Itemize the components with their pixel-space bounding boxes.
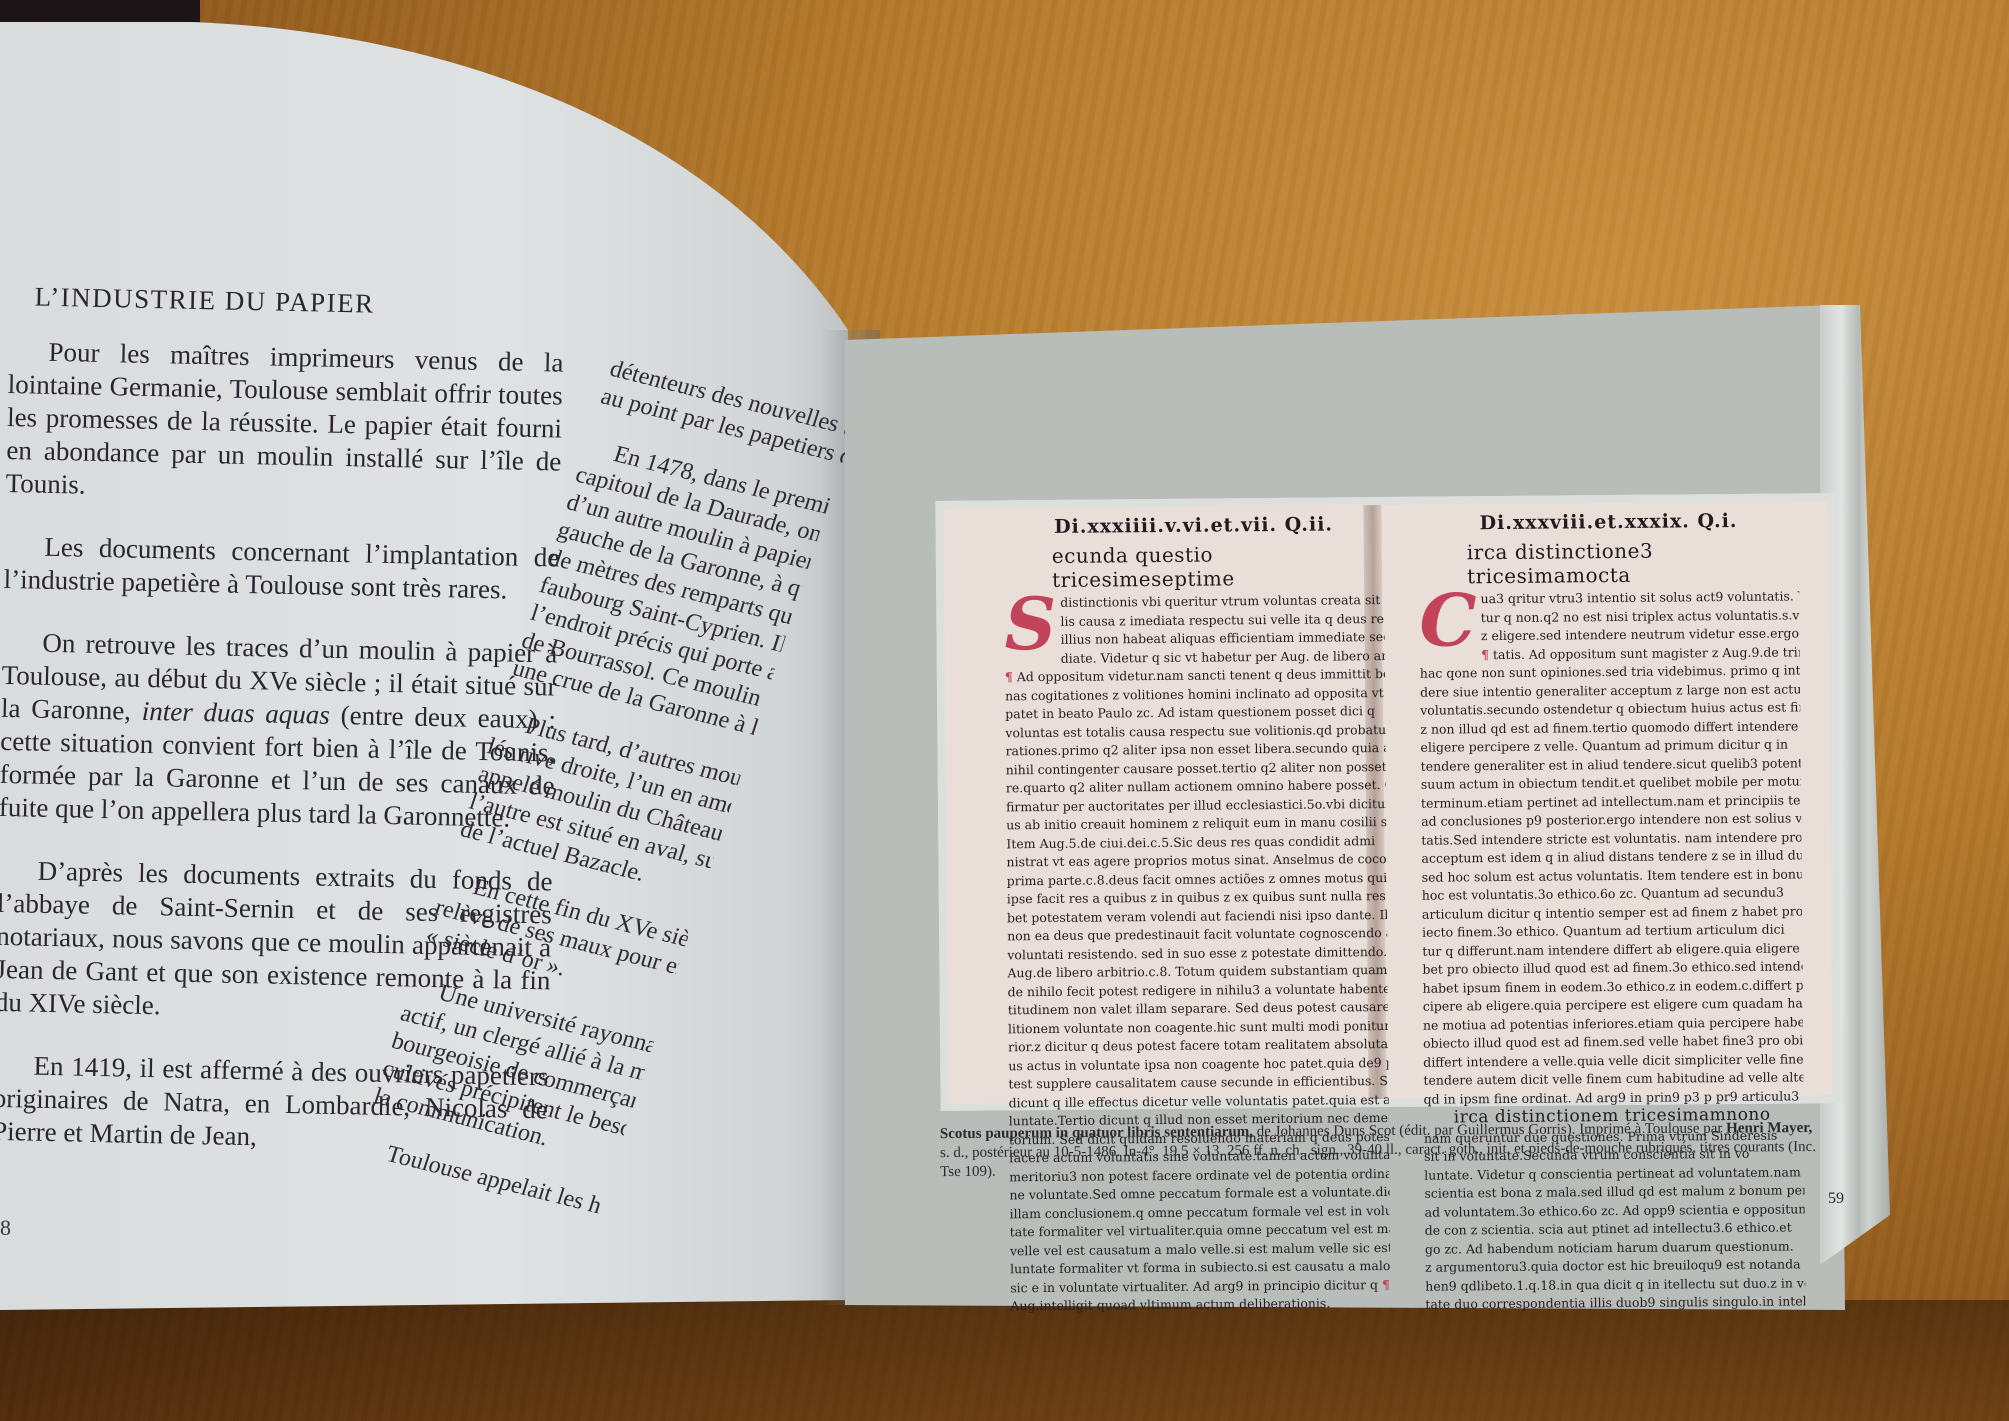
pilcrow-icon: ¶ — [1481, 647, 1489, 662]
manuscript-column-right: Di.xxxviii.et.xxxix. Q.i. irca distincti… — [1418, 509, 1805, 1314]
caption-text: de Johannes Duns Scot (édit. par Guiller… — [1253, 1121, 1726, 1140]
ms-line: tate duo correspondentia illis duob9 sin… — [1425, 1292, 1805, 1314]
paragraph: Plus tard, d’autres moulins seront insta… — [456, 705, 743, 904]
incipit: ecunda questio tricesimeseptime — [1052, 541, 1384, 592]
ms-line: sic e in voluntate virtualiter. Ad arg9 … — [1010, 1275, 1390, 1297]
paragraph: Une université rayonnante, un parlement … — [370, 972, 657, 1171]
page-number-right: 59 — [1828, 1190, 1844, 1208]
paragraph: Pour les maîtres imprimeurs venus de la … — [5, 335, 563, 512]
rubricated-initial: S — [1004, 594, 1057, 654]
rubricated-initial: C — [1419, 590, 1477, 650]
incipit: irca distinctione3 tricesimamocta — [1467, 537, 1799, 588]
incunabulum-reproduction: Di.xxxiiii.v.vi.et.vii. Q.ii. ecunda que… — [935, 493, 1840, 1111]
ms-line-text: Ad oppositum videtur.nam sancti tenent q… — [1017, 666, 1385, 684]
pilcrow-icon: ¶ — [1005, 669, 1013, 684]
manuscript-text: C ua3 qritur vtru3 intentio sit solus ac… — [1419, 587, 1805, 1314]
ms-line-text: tatis. Ad oppositum sunt magister z Aug.… — [1493, 644, 1800, 662]
manuscript-text: S distinctionis vbi queritur vtrum volun… — [1004, 591, 1390, 1316]
caption-title: Scotus pauperum in quatuor libris senten… — [940, 1124, 1253, 1142]
paragraph: Les documents concernant l’implantation … — [3, 530, 559, 608]
ms-line: distinctionis vbi queritur vtrum volunta… — [1060, 591, 1384, 612]
latin-phrase: inter duas aquas — [141, 696, 330, 730]
running-head: Di.xxxiiii.v.vi.et.vii. Q.ii. — [1003, 513, 1383, 538]
ms-line: z eligere.sed intendere neutrum videtur … — [1481, 624, 1800, 645]
figure-caption: Scotus pauperum in quatuor libris senten… — [940, 1119, 1820, 1182]
pilcrow-icon: ¶ — [1382, 1277, 1390, 1292]
page-number-left: 8 — [0, 1215, 11, 1241]
ms-line-text: sic e in voluntate virtualiter. Ad arg9 … — [1010, 1277, 1378, 1295]
manuscript-column-left: Di.xxxiiii.v.vi.et.vii. Q.ii. ecunda que… — [1003, 513, 1390, 1316]
running-head: Di.xxxviii.et.xxxix. Q.i. — [1418, 509, 1798, 534]
ms-line: Aug.intelligit quoad vltimum actum delib… — [1010, 1294, 1390, 1316]
table-shadow — [0, 1300, 2009, 1421]
ms-line: illius non habeat aliquas efficientiam i… — [1060, 628, 1384, 649]
background-object — [0, 0, 200, 22]
ms-line: ua3 qritur vtru3 intentio sit solus act9… — [1480, 587, 1799, 608]
caption-printer: Henri Mayer, — [1726, 1120, 1812, 1137]
caption-text: s. d., postérieur au 10-5-1486. In-4°, 1… — [940, 1139, 1816, 1180]
